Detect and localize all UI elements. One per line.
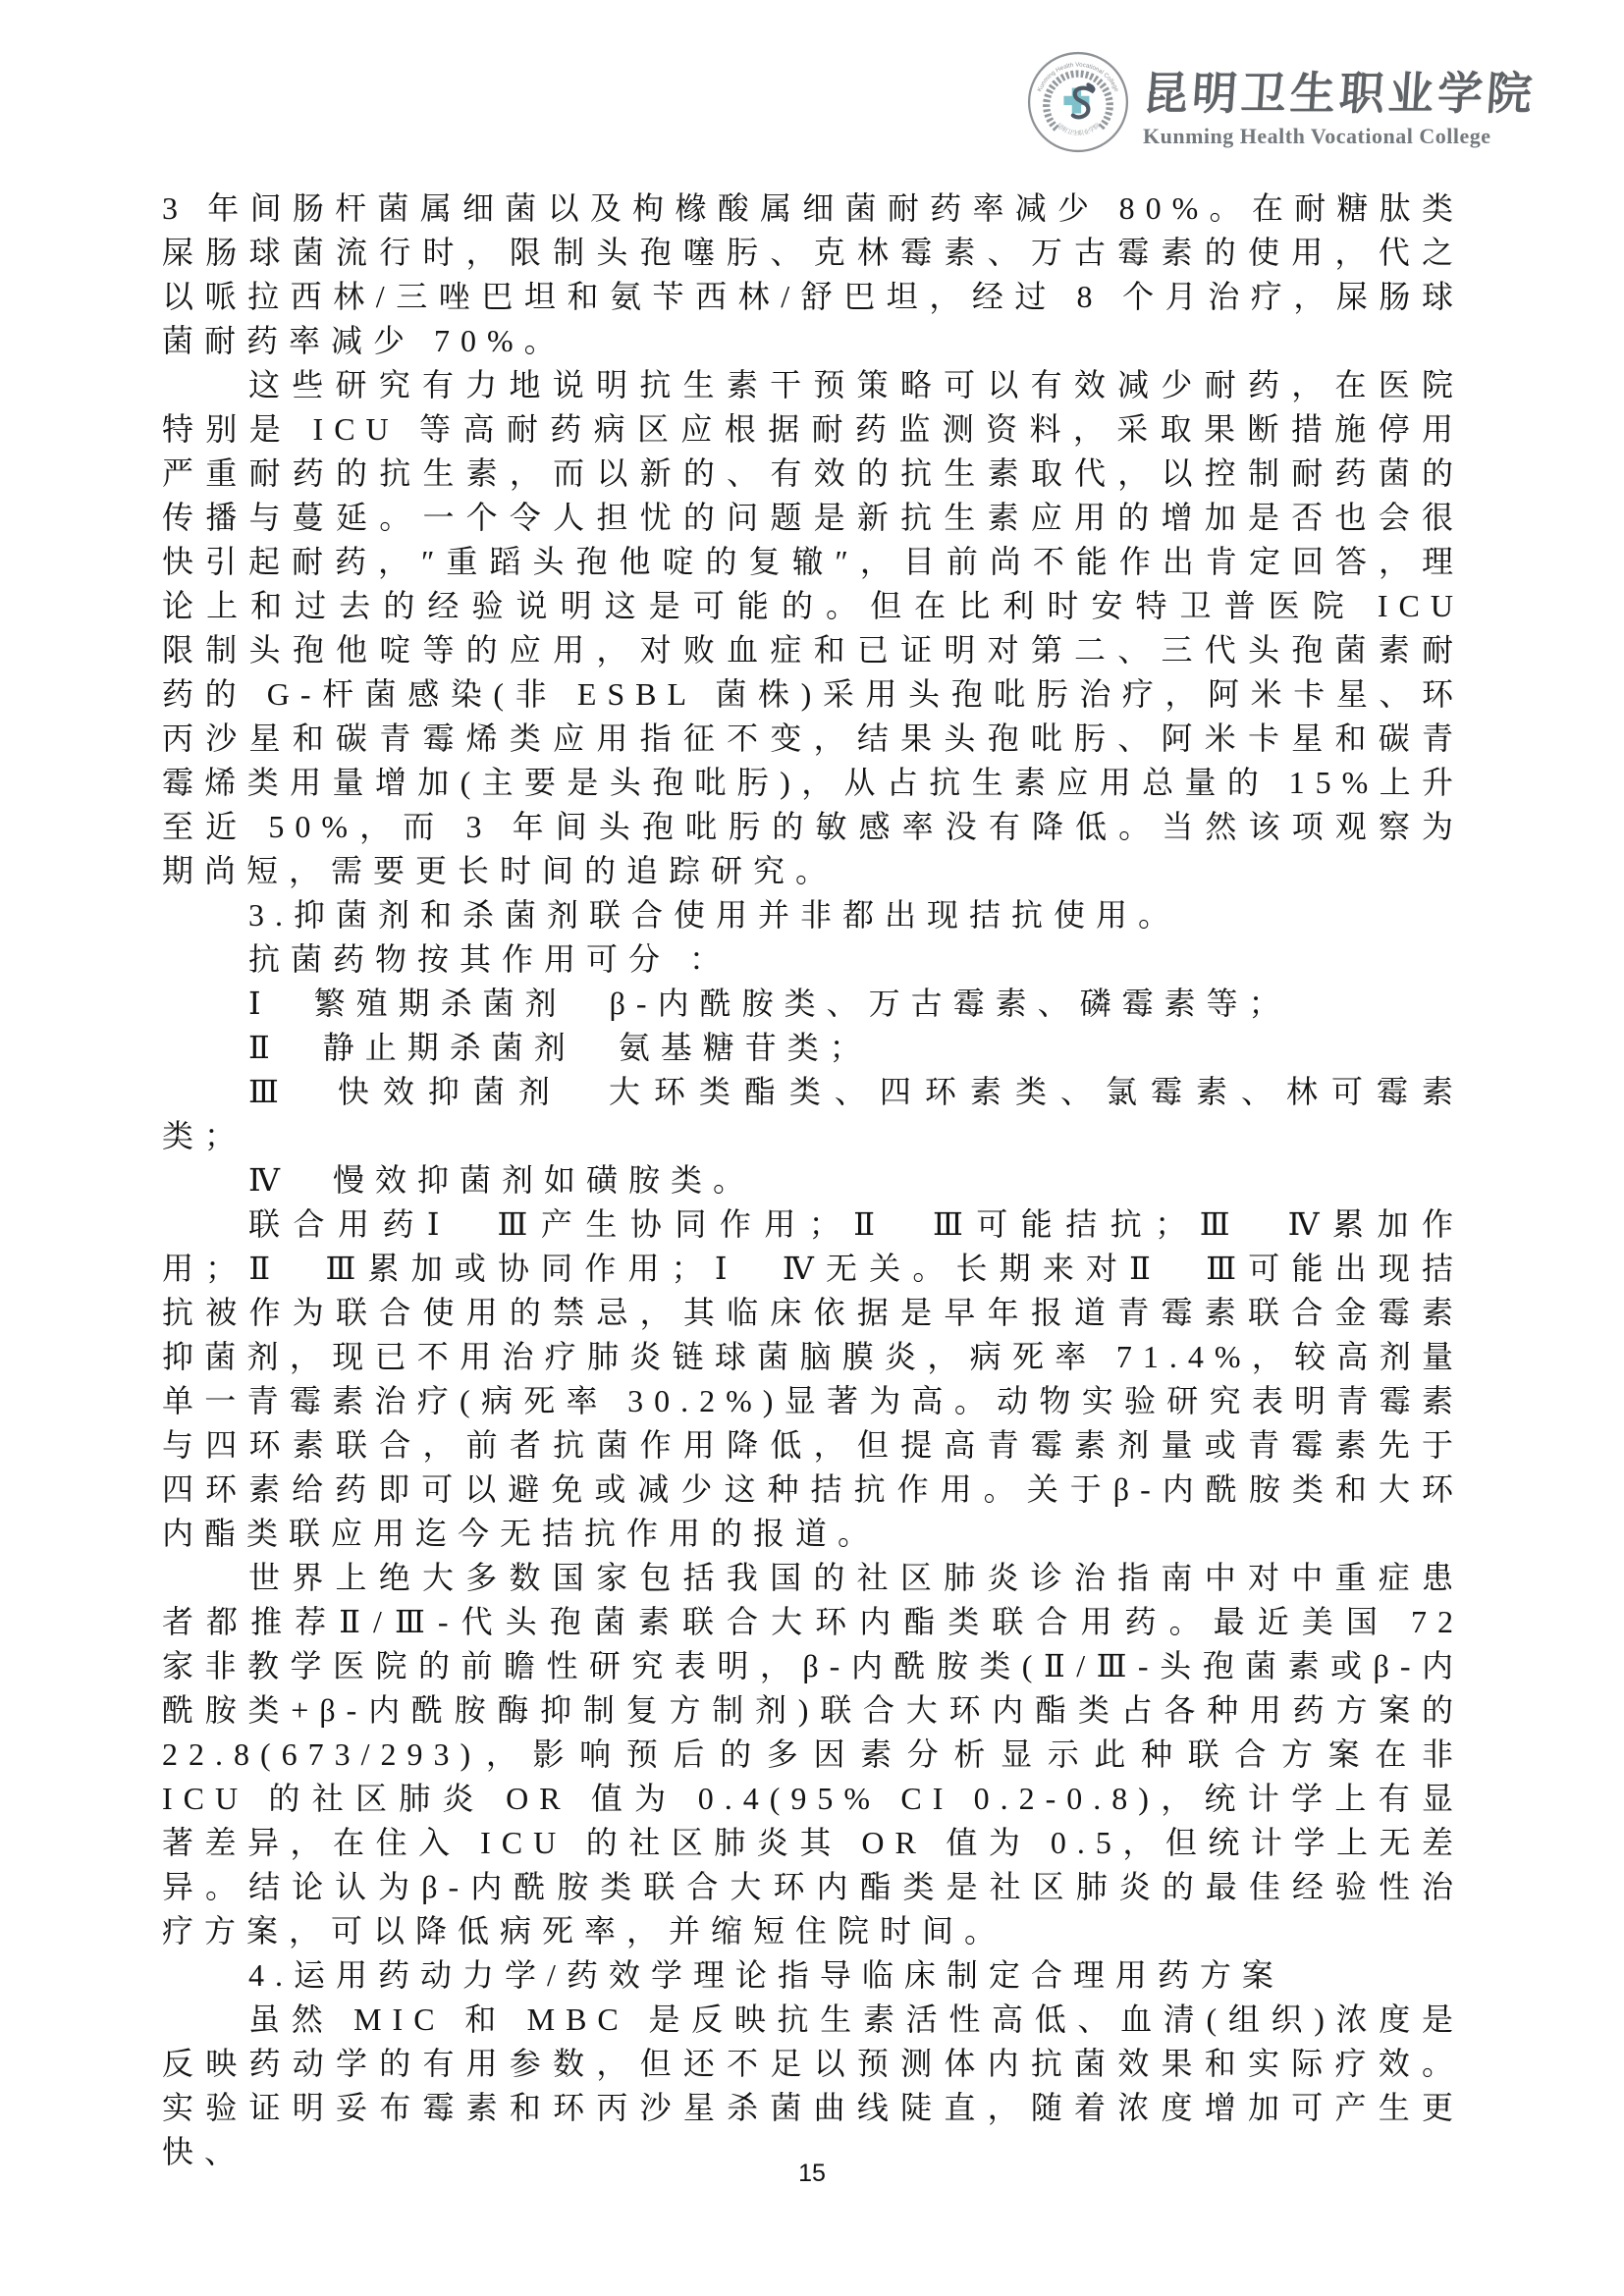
list-item-class4: Ⅳ 慢效抑菌剂如磺胺类。	[162, 1158, 1464, 1202]
college-name-block: 昆明卫生职业学院 Kunming Health Vocational Colle…	[1143, 51, 1536, 149]
body-paragraph: 4.运用药动力学/药效学理论指导临床制定合理用药方案	[162, 1953, 1464, 1998]
body-paragraph: 3 年间肠杆菌属细菌以及枸橼酸属细菌耐药率减少 80%。在耐糖肽类屎肠球菌流行时…	[162, 187, 1464, 363]
list-item-class2: Ⅱ 静止期杀菌剂 氨基糖苷类；	[162, 1026, 1464, 1070]
list-item-class1: Ⅰ 繁殖期杀菌剂 β-内酰胺类、万古霉素、磷霉素等；	[162, 982, 1464, 1026]
body-paragraph: 联合用药Ⅰ Ⅲ产生协同作用；Ⅱ Ⅲ可能拮抗；Ⅲ Ⅳ累加作用；Ⅱ Ⅲ累加或协同作用…	[162, 1202, 1464, 1556]
college-name-english: Kunming Health Vocational College	[1143, 124, 1490, 149]
document-page: Kunming Health Vocational College 昆明卫生职业…	[0, 0, 1624, 2296]
body-paragraph: 这些研究有力地说明抗生素干预策略可以有效减少耐药，在医院特别是 ICU 等高耐药…	[162, 363, 1464, 893]
document-body: 3 年间肠杆菌属细菌以及枸橼酸属细菌耐药率减少 80%。在耐糖肽类屎肠球菌流行时…	[162, 187, 1464, 2174]
list-item-class3: Ⅲ 快效抑菌剂 大环类酯类、四环素类、氯霉素、林可霉素类；	[162, 1070, 1464, 1158]
body-paragraph: 虽然 MIC 和 MBC 是反映抗生素活性高低、血清(组织)浓度是反映药动学的有…	[162, 1998, 1464, 2174]
page-header: Kunming Health Vocational College 昆明卫生职业…	[1027, 51, 1536, 153]
body-paragraph: 世界上绝大多数国家包括我国的社区肺炎诊治指南中对中重症患者都推荐Ⅱ/Ⅲ-代头孢菌…	[162, 1556, 1464, 1953]
body-paragraph: 抗菌药物按其作用可分 ：	[162, 937, 1464, 982]
college-name-chinese: 昆明卫生职业学院	[1141, 69, 1538, 120]
page-number: 15	[0, 2160, 1624, 2188]
college-seal-logo: Kunming Health Vocational College 昆明卫生职业…	[1027, 51, 1129, 153]
body-paragraph: 3.抑菌剂和杀菌剂联合使用并非都出现拮抗使用。	[162, 893, 1464, 937]
